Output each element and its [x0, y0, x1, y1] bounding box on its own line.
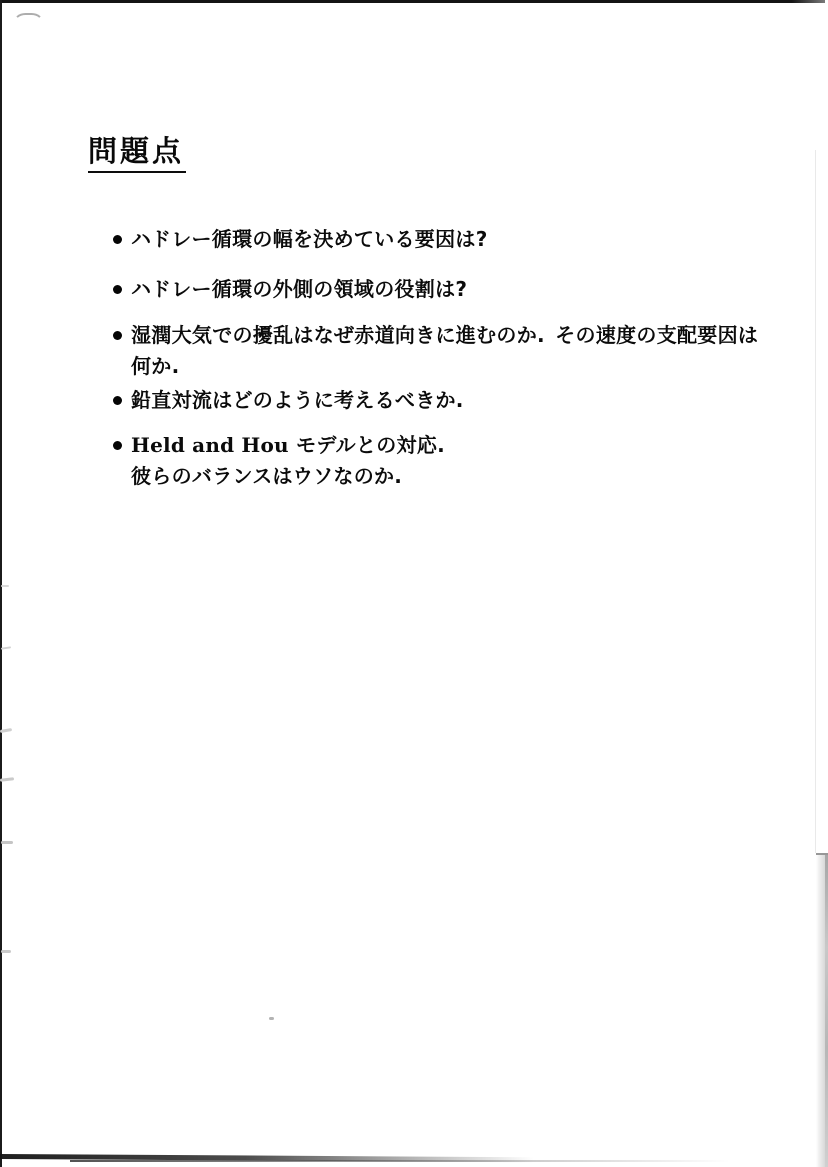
bullet-line: 鉛直対流はどのように考えるべきか. [131, 385, 464, 416]
bullet-line: 湿潤大気での擾乱はなぜ赤道向きに進むのか. その速度の支配要因は [131, 320, 758, 351]
bullet-text: ハドレー循環の幅を決めている要因は? [131, 224, 488, 255]
scan-smudge [1, 646, 11, 649]
bullet-line-ja: モデルとの対応. [289, 433, 445, 457]
scan-edge-left [0, 0, 2, 1167]
scanned-document-page: 問題点 ハドレー循環の幅を決めている要因は? ハドレー循環の外側の領域の役割は?… [0, 0, 828, 1167]
scan-shadow-bottom-tail [70, 1160, 730, 1162]
bullet-item-5: Held and Hou モデルとの対応. 彼らのバランスはウソなのか. [113, 430, 445, 492]
held-and-hou-label: Held and Hou [131, 433, 289, 457]
scan-edge-top [0, 0, 825, 3]
bullet-text: 鉛直対流はどのように考えるべきか. [131, 385, 464, 416]
page-title: 問題点 [88, 133, 186, 173]
bullet-line-continued: 何か. [131, 351, 758, 382]
bullet-dot-icon [113, 235, 122, 244]
bullet-item-2: ハドレー循環の外側の領域の役割は? [113, 274, 467, 305]
bullet-text: Held and Hou モデルとの対応. 彼らのバランスはウソなのか. [131, 430, 445, 492]
scan-crease-right [815, 150, 816, 853]
bullet-item-1: ハドレー循環の幅を決めている要因は? [113, 224, 488, 255]
scan-smudge [0, 728, 12, 733]
bullet-text: 湿潤大気での擾乱はなぜ赤道向きに進むのか. その速度の支配要因は 何か. [131, 320, 758, 382]
bullet-line: ハドレー循環の外側の領域の役割は? [131, 274, 467, 305]
scan-band-right-top [816, 853, 828, 855]
scan-smudge [0, 777, 14, 781]
bullet-line: Held and Hou モデルとの対応. [131, 430, 445, 461]
bullet-text: ハドレー循環の外側の領域の役割は? [131, 274, 467, 305]
scan-curl-mark [13, 13, 44, 34]
bullet-dot-icon [113, 285, 122, 294]
scan-speck [269, 1017, 274, 1020]
bullet-dot-icon [113, 331, 122, 340]
bullet-dot-icon [113, 441, 122, 450]
scan-smudge [1, 950, 11, 953]
bullet-line: ハドレー循環の幅を決めている要因は? [131, 224, 488, 255]
bullet-line-continued: 彼らのバランスはウソなのか. [131, 461, 445, 492]
scan-smudge [1, 585, 9, 587]
bullet-dot-icon [113, 396, 122, 405]
bullet-item-3: 湿潤大気での擾乱はなぜ赤道向きに進むのか. その速度の支配要因は 何か. [113, 320, 758, 382]
bullet-item-4: 鉛直対流はどのように考えるべきか. [113, 385, 464, 416]
scan-smudge [1, 841, 13, 844]
